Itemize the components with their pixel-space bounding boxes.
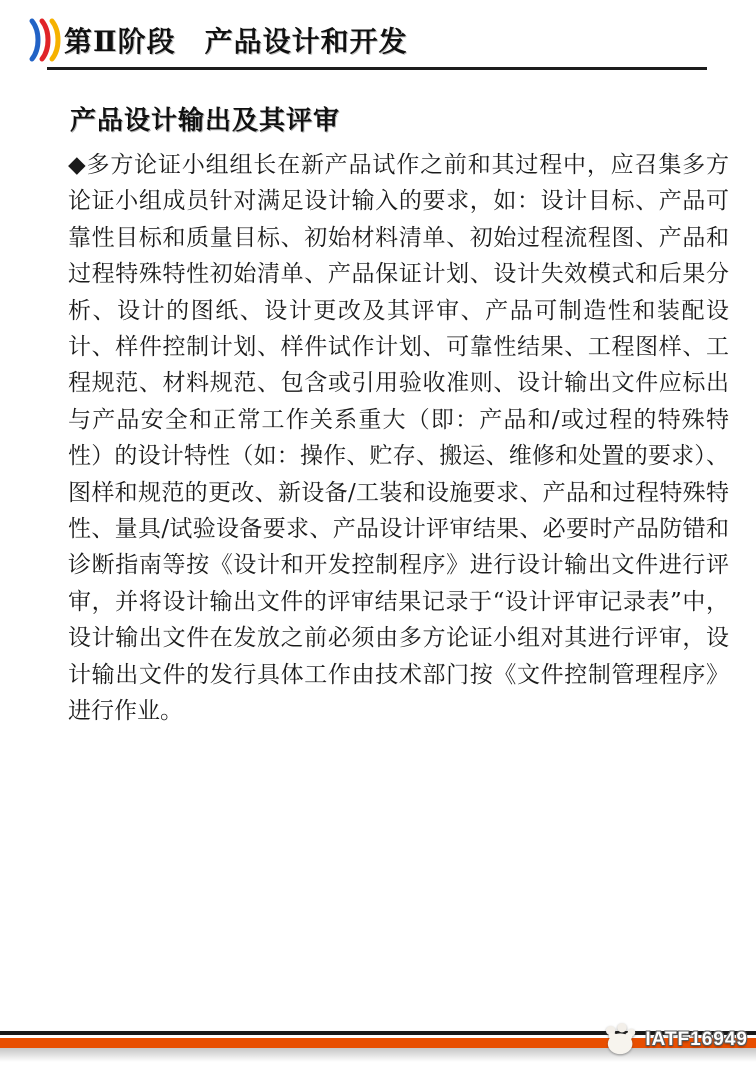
chevron-red xyxy=(42,21,48,59)
section-heading: 产品设计输出及其评审 xyxy=(70,100,340,137)
body-paragraph: ◆多方论证小组组长在新产品试作之前和其过程中，应召集多方论证小组成员针对满足设计… xyxy=(68,147,729,730)
slide: 第Ⅱ阶段 产品设计和开发 产品设计输出及其评审 ◆多方论证小组组长在新产品试作之… xyxy=(0,0,756,1070)
watermark-text: IATF16949 xyxy=(645,1029,748,1051)
watermark: IATF16949 xyxy=(603,1020,748,1060)
chevron-yellow xyxy=(52,21,58,59)
panda-mascot-icon xyxy=(603,1023,641,1057)
header-underline xyxy=(47,67,707,70)
chevron-blue xyxy=(32,21,38,59)
page-title: 第Ⅱ阶段 产品设计和开发 xyxy=(64,20,408,60)
triple-chevron-icon xyxy=(29,18,63,62)
